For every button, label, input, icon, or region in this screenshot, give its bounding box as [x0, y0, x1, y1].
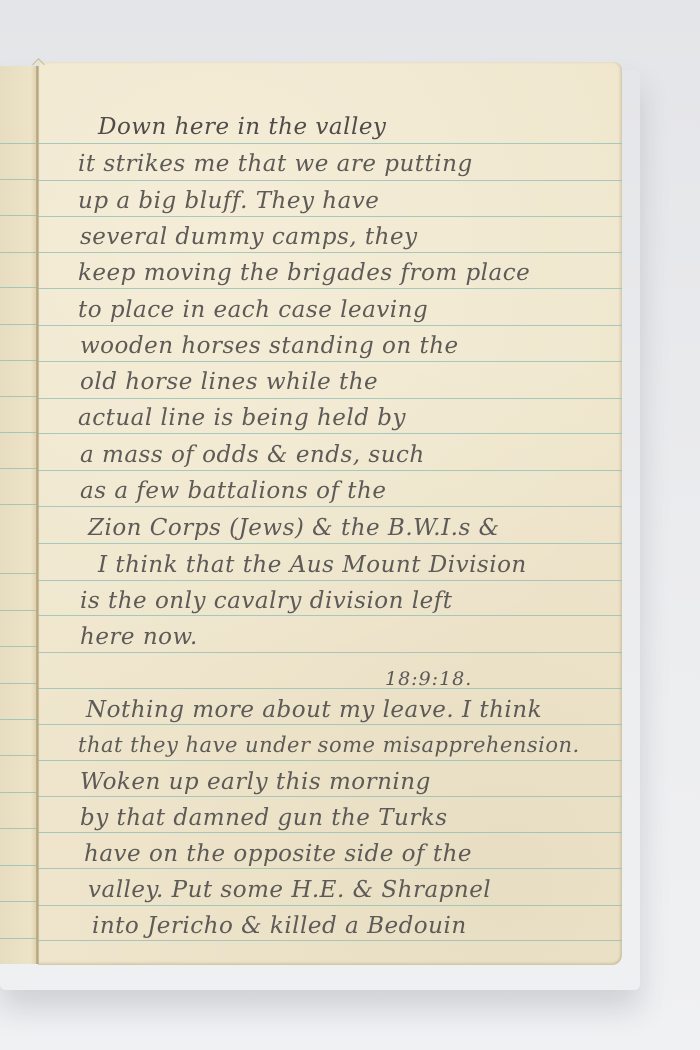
ruled-line [38, 615, 622, 616]
ruled-line [38, 796, 622, 797]
handwritten-line: actual line is being held by [78, 405, 406, 431]
ruled-line [38, 760, 622, 761]
entry-date: 18:9:18. [385, 668, 472, 690]
ruled-line [0, 252, 36, 253]
handwritten-line: into Jericho & killed a Bedouin [92, 913, 467, 939]
handwritten-line: as a few battalions of the [80, 478, 386, 504]
ruled-line [0, 683, 36, 684]
handwritten-line: it strikes me that we are putting [78, 151, 473, 177]
ruled-line [0, 287, 36, 288]
handwritten-line: Zion Corps (Jews) & the B.W.I.s & [88, 515, 500, 541]
ruled-line [0, 504, 36, 505]
ruled-line [38, 433, 622, 434]
ruled-line [0, 755, 36, 756]
ruled-line [38, 580, 622, 581]
ruled-line [0, 179, 36, 180]
ruled-line [0, 828, 36, 829]
ruled-line [0, 646, 36, 647]
ruled-line [38, 724, 622, 725]
handwritten-line: several dummy camps, they [80, 224, 418, 250]
ruled-line [38, 506, 622, 507]
ruled-line [0, 396, 36, 397]
ruled-line [38, 868, 622, 869]
ruled-line [38, 143, 622, 144]
handwritten-line: wooden horses standing on the [80, 333, 459, 359]
handwritten-line: is the only cavalry division left [80, 588, 453, 614]
handwritten-line: keep moving the brigades from place [78, 260, 530, 286]
ruled-line [0, 719, 36, 720]
handwritten-line: Down here in the valley [98, 114, 386, 140]
ruled-line [0, 938, 36, 939]
ruled-line [0, 901, 36, 902]
ruled-line [0, 610, 36, 611]
ruled-line [38, 252, 622, 253]
handwritten-line: I think that the Aus Mount Division [98, 552, 527, 578]
handwritten-line: Woken up early this morning [80, 769, 431, 795]
ruled-line [38, 905, 622, 906]
page-gutter [36, 66, 39, 964]
handwritten-line: up a big bluff. They have [78, 188, 379, 214]
ruled-line [38, 543, 622, 544]
ruled-line [0, 468, 36, 469]
ruled-line [38, 325, 622, 326]
handwritten-line: here now. [80, 624, 198, 650]
handwritten-line: by that damned gun the Turks [80, 805, 448, 831]
handwritten-line: that they have under some misapprehensio… [78, 733, 580, 757]
handwritten-line: to place in each case leaving [78, 297, 428, 323]
handwritten-line: a mass of odds & ends, such [80, 442, 425, 468]
ruled-line [38, 470, 622, 471]
ruled-line [38, 288, 622, 289]
ruled-line [0, 324, 36, 325]
ruled-line [0, 573, 36, 574]
ruled-line [0, 143, 36, 144]
ruled-line [0, 432, 36, 433]
ruled-line [0, 792, 36, 793]
ruled-line [38, 688, 622, 689]
ruled-line [38, 652, 622, 653]
ruled-line [38, 832, 622, 833]
handwritten-line: Nothing more about my leave. I think [86, 697, 542, 723]
ruled-line [38, 361, 622, 362]
ruled-line [38, 180, 622, 181]
handwritten-line: old horse lines while the [80, 369, 378, 395]
ruled-line [38, 940, 622, 941]
ruled-line [0, 360, 36, 361]
handwritten-line: valley. Put some H.E. & Shrapnel [88, 877, 491, 903]
ruled-line [38, 398, 622, 399]
ruled-line [0, 215, 36, 216]
ruled-line [38, 216, 622, 217]
handwritten-line: have on the opposite side of the [84, 841, 472, 867]
ruled-line [0, 865, 36, 866]
previous-page-edge [0, 66, 38, 964]
